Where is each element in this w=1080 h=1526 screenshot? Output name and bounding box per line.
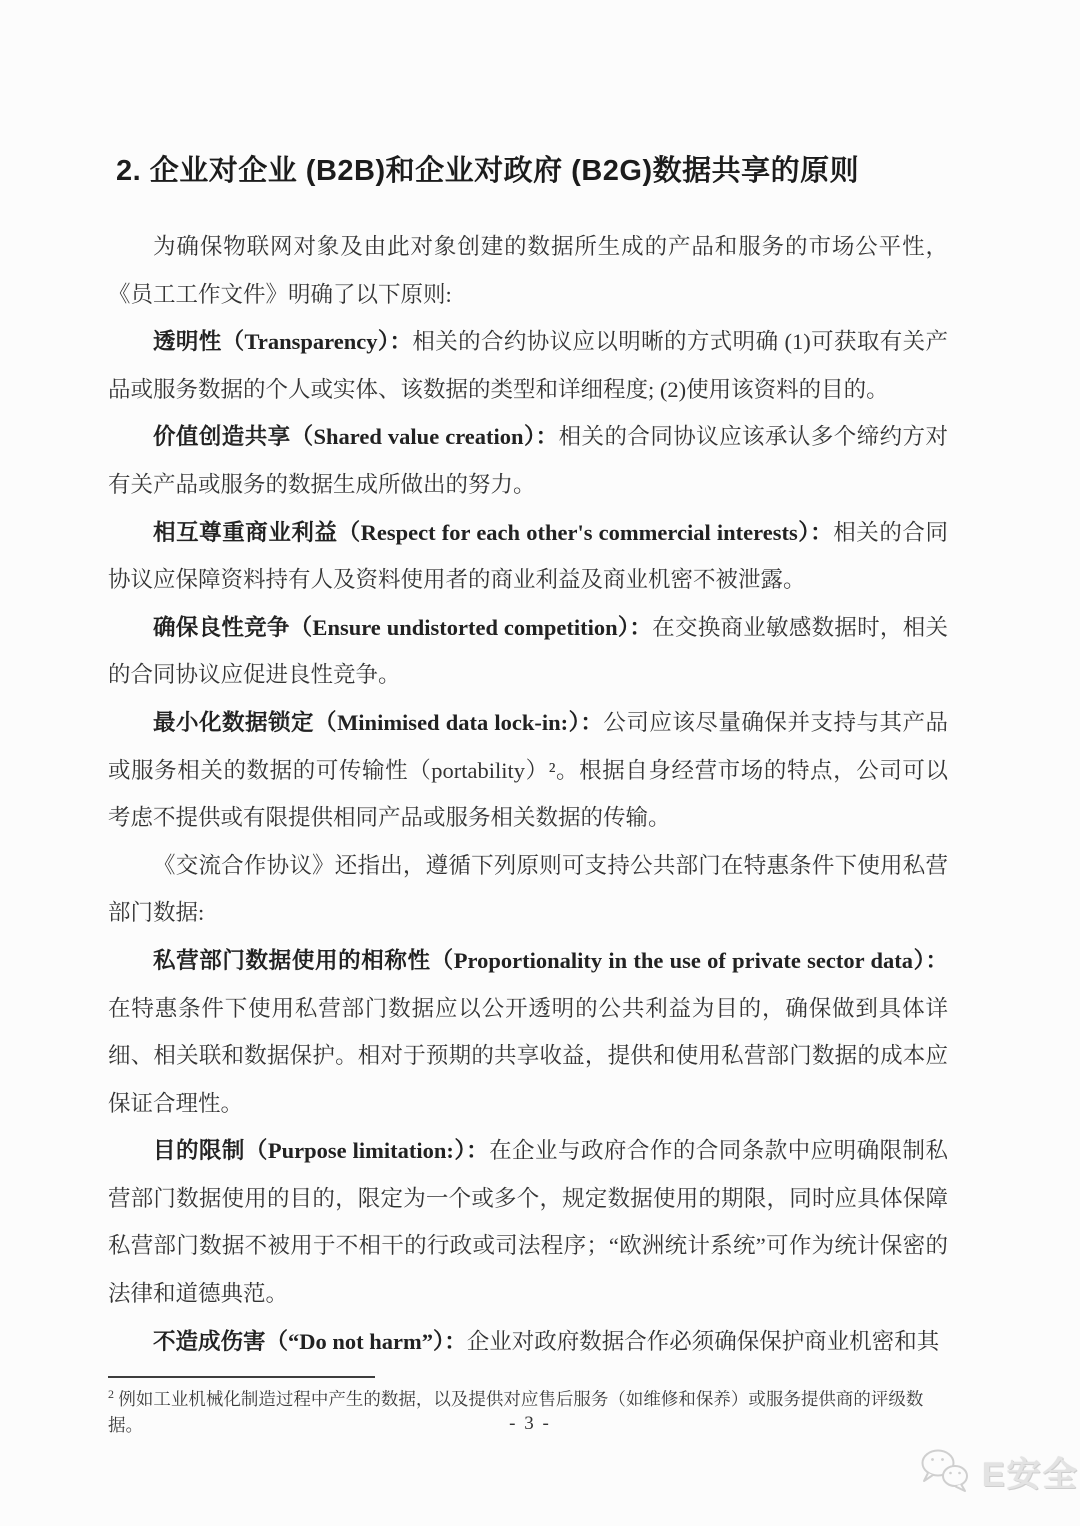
paragraph-text: 为确保物联网对象及由此对象创建的数据所生成的产品和服务的市场公平性，《员工工作文… (108, 234, 948, 307)
paragraph-lead: 透明性（Transparency）： (153, 329, 412, 354)
paragraph-text: 在企业与政府合作的合同条款中应明确限制私营部门数据使用的目的，限定为一个或多个，… (108, 1138, 948, 1306)
watermark-label: E安全 (982, 1447, 1079, 1496)
paragraph-text: 在特惠条件下使用私营部门数据应以公开透明的公共利益为目的，确保做到具体详细、相关… (108, 996, 948, 1116)
paragraph-proportionality: 私营部门数据使用的相称性（Proportionality in the use … (108, 937, 948, 1127)
paragraph-data-lock-in: 最小化数据锁定（Minimised data lock-in:）：公司应该尽量确… (108, 699, 948, 842)
document-body: 为确保物联网对象及由此对象创建的数据所生成的产品和服务的市场公平性，《员工工作文… (108, 223, 948, 1365)
paragraph-respect-interests: 相互尊重商业利益（Respect for each other's commer… (108, 509, 948, 604)
paragraph-text: 企业对政府数据合作必须确保保护商业机密和其 (467, 1329, 940, 1354)
paragraph-intro: 为确保物联网对象及由此对象创建的数据所生成的产品和服务的市场公平性，《员工工作文… (108, 223, 948, 318)
watermark: E安全 (916, 1446, 1079, 1496)
page-number: - 3 - (0, 1413, 1060, 1435)
paragraph-lead: 相互尊重商业利益（Respect for each other's commer… (153, 520, 833, 545)
paragraph-lead: 确保良性竞争（Ensure undistorted competition）： (153, 615, 652, 640)
paragraph-lead: 私营部门数据使用的相称性（Proportionality in the use … (153, 948, 948, 973)
paragraph-lead: 最小化数据锁定（Minimised data lock-in:）： (153, 710, 603, 735)
paragraph-lead: 不造成伤害（“Do not harm”）： (153, 1329, 467, 1354)
paragraph-undistorted-competition: 确保良性竞争（Ensure undistorted competition）：在… (108, 604, 948, 699)
paragraph-text: 《交流合作协议》还指出，遵循下列原则可支持公共部门在特惠条件下使用私营部门数据: (108, 853, 948, 926)
page-title: 2. 企业对企业 (B2B)和企业对政府 (B2G)数据共享的原则 (116, 148, 976, 189)
paragraph-transparency: 透明性（Transparency）：相关的合约协议应以明晰的方式明确 (1)可获… (108, 318, 948, 413)
paragraph-lead: 目的限制（Purpose limitation:）： (153, 1138, 489, 1163)
paragraph-do-not-harm: 不造成伤害（“Do not harm”）：企业对政府数据合作必须确保保护商业机密… (108, 1318, 948, 1366)
paragraph-lead: 价值创造共享（Shared value creation）： (153, 424, 559, 449)
wechat-icon (916, 1446, 974, 1496)
footnote-separator (108, 1376, 375, 1378)
paragraph-shared-value: 价值创造共享（Shared value creation）：相关的合同协议应该承… (108, 413, 948, 508)
document-page: 2. 企业对企业 (B2B)和企业对政府 (B2G)数据共享的原则 为确保物联网… (0, 0, 1080, 1526)
paragraph-cooperation-agreement: 《交流合作协议》还指出，遵循下列原则可支持公共部门在特惠条件下使用私营部门数据: (108, 842, 948, 937)
paragraph-purpose-limitation: 目的限制（Purpose limitation:）：在企业与政府合作的合同条款中… (108, 1127, 948, 1317)
footnote-marker: 2 (108, 1387, 114, 1401)
